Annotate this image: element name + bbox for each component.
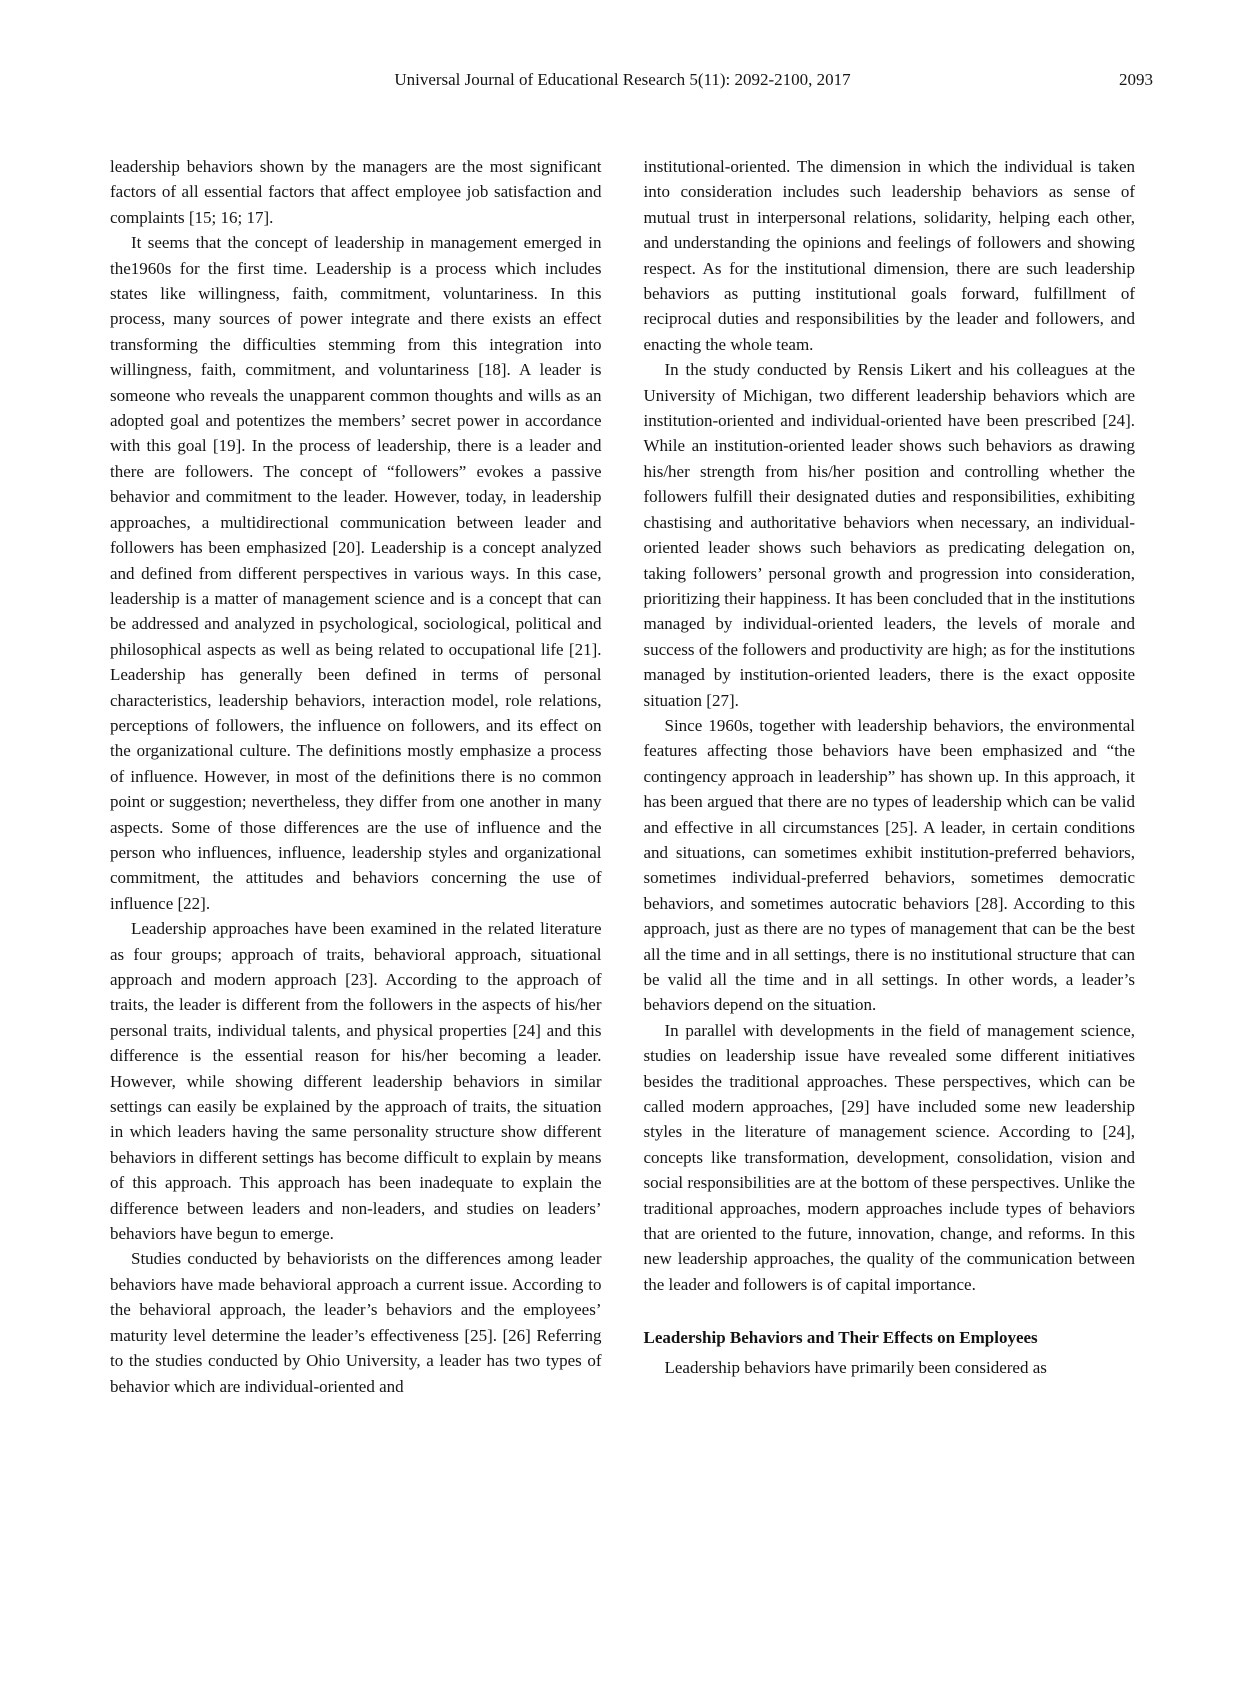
paragraph: Studies conducted by behaviorists on the…	[110, 1246, 602, 1398]
paragraph: It seems that the concept of leadership …	[110, 230, 602, 916]
article-body: leadership behaviors shown by the manage…	[110, 154, 1135, 1399]
paragraph: In the study conducted by Rensis Likert …	[644, 357, 1136, 713]
section-heading: Leadership Behaviors and Their Effects o…	[644, 1325, 1136, 1350]
running-head: Universal Journal of Educational Researc…	[110, 70, 1135, 90]
paragraph: Leadership approaches have been examined…	[110, 916, 602, 1246]
paragraph: In parallel with developments in the fie…	[644, 1018, 1136, 1297]
paragraph: Since 1960s, together with leadership be…	[644, 713, 1136, 1018]
paragraph: institutional-oriented. The dimension in…	[644, 154, 1136, 357]
paragraph: Leadership behaviors have primarily been…	[644, 1355, 1136, 1380]
page-number: 2093	[1119, 70, 1153, 90]
page-header: Universal Journal of Educational Researc…	[110, 70, 1135, 92]
left-column: leadership behaviors shown by the manage…	[110, 154, 602, 1399]
paragraph: leadership behaviors shown by the manage…	[110, 154, 602, 230]
journal-page: Universal Journal of Educational Researc…	[0, 0, 1241, 1684]
right-column: institutional-oriented. The dimension in…	[644, 154, 1136, 1399]
